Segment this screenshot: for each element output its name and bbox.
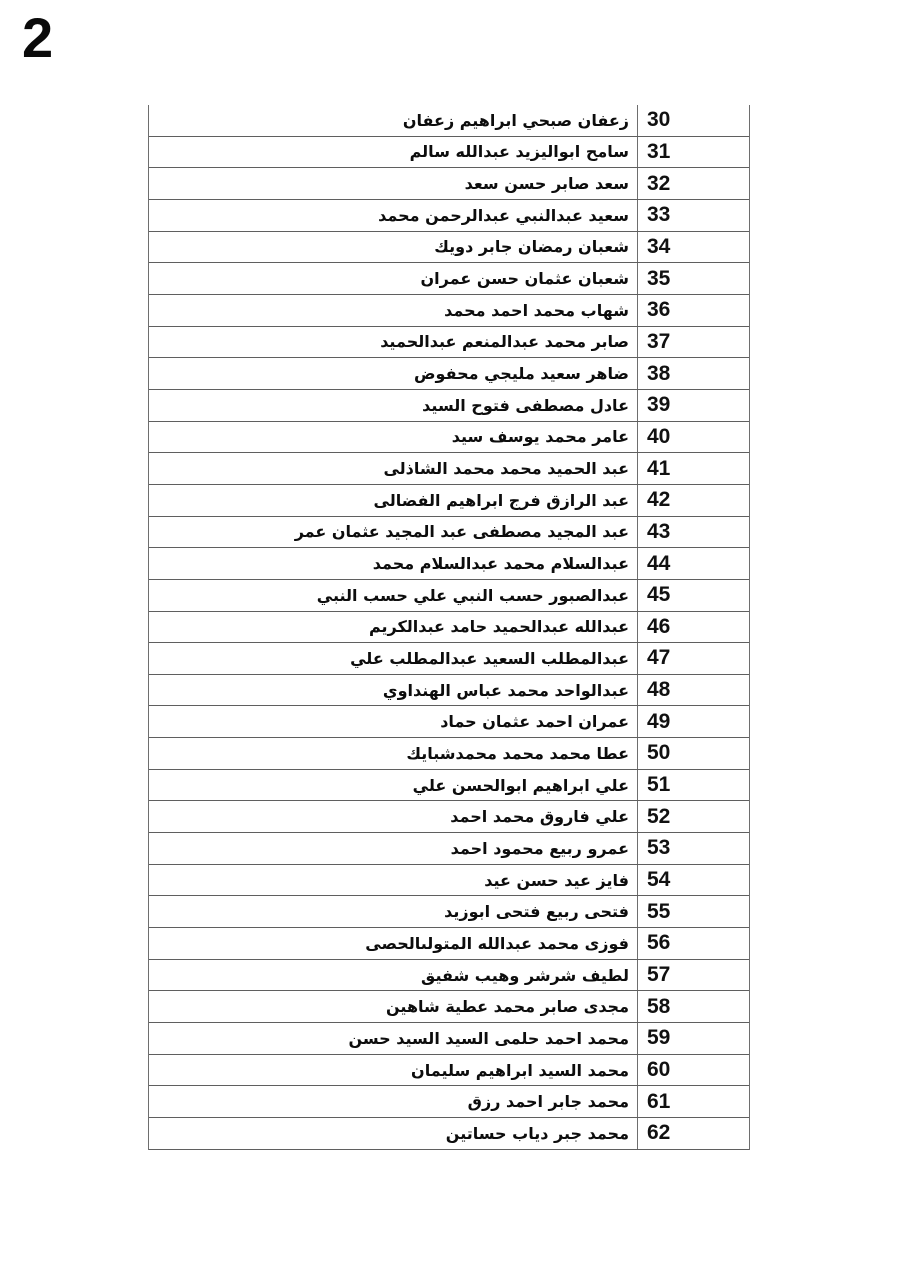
person-name-cell: عامر محمد يوسف سيد <box>149 422 637 453</box>
serial-number-cell: 37 <box>637 327 749 358</box>
table-row: سعد صابر حسن سعد 32 <box>149 168 749 200</box>
serial-number-cell: 47 <box>637 643 749 674</box>
serial-number-cell: 31 <box>637 137 749 168</box>
serial-number-cell: 39 <box>637 390 749 421</box>
person-name-cell: محمد السيد ابراهيم سليمان <box>149 1055 637 1086</box>
person-name-cell: سعد صابر حسن سعد <box>149 168 637 199</box>
person-name-cell: لطيف شرشر وهيب شفيق <box>149 960 637 991</box>
person-name-cell: عبدالسلام محمد عبدالسلام محمد <box>149 548 637 579</box>
serial-number-cell: 38 <box>637 358 749 389</box>
table-row: عبدالواحد محمد عباس الهنداوي 48 <box>149 675 749 707</box>
table-row: عبدالمطلب السعيد عبدالمطلب علي 47 <box>149 643 749 675</box>
person-name-cell: زعفان صبحي ابراهيم زعفان <box>149 105 637 136</box>
table-row: فايز عيد حسن عيد 54 <box>149 865 749 897</box>
table-row: زعفان صبحي ابراهيم زعفان 30 <box>149 105 749 137</box>
table-row: عبدالصبور حسب النبي علي حسب النبي 45 <box>149 580 749 612</box>
table-row: لطيف شرشر وهيب شفيق 57 <box>149 960 749 992</box>
table-row: عبدالله عبدالحميد حامد عبدالكريم 46 <box>149 612 749 644</box>
person-name-cell: علي ابراهيم ابوالحسن علي <box>149 770 637 801</box>
table-row: عبد الحميد محمد محمد الشاذلى 41 <box>149 453 749 485</box>
serial-number-cell: 35 <box>637 263 749 294</box>
table-row: محمد جابر احمد رزق 61 <box>149 1086 749 1118</box>
person-name-cell: محمد احمد حلمى السيد السيد حسن <box>149 1023 637 1054</box>
serial-number-cell: 34 <box>637 232 749 263</box>
person-name-cell: عادل مصطفى فتوح السيد <box>149 390 637 421</box>
table-row: شعبان عثمان حسن عمران 35 <box>149 263 749 295</box>
person-name-cell: فوزى محمد عبدالله المتولىالحصى <box>149 928 637 959</box>
table-row: علي ابراهيم ابوالحسن علي 51 <box>149 770 749 802</box>
table-row: عمرو ربيع محمود احمد 53 <box>149 833 749 865</box>
person-name-cell: محمد جبر دياب حساتين <box>149 1118 637 1149</box>
serial-number-cell: 33 <box>637 200 749 231</box>
table-row: عطا محمد محمد محمدشبايك 50 <box>149 738 749 770</box>
table-row: شعبان رمضان جابر دويك 34 <box>149 232 749 264</box>
table-row: عبد المجيد مصطفى عبد المجيد عثمان عمر 43 <box>149 517 749 549</box>
person-name-cell: عبدالمطلب السعيد عبدالمطلب علي <box>149 643 637 674</box>
names-roster-table: زعفان صبحي ابراهيم زعفان 30 سامح ابواليز… <box>148 105 750 1150</box>
person-name-cell: عبدالصبور حسب النبي علي حسب النبي <box>149 580 637 611</box>
person-name-cell: شهاب محمد احمد محمد <box>149 295 637 326</box>
table-row: مجدى صابر محمد عطية شاهين 58 <box>149 991 749 1023</box>
person-name-cell: عبد المجيد مصطفى عبد المجيد عثمان عمر <box>149 517 637 548</box>
serial-number-cell: 52 <box>637 801 749 832</box>
serial-number-cell: 56 <box>637 928 749 959</box>
person-name-cell: محمد جابر احمد رزق <box>149 1086 637 1117</box>
serial-number-cell: 61 <box>637 1086 749 1117</box>
serial-number-cell: 46 <box>637 612 749 643</box>
person-name-cell: فتحى ربيع فتحى ابوزيد <box>149 896 637 927</box>
person-name-cell: عمران احمد عثمان حماد <box>149 706 637 737</box>
serial-number-cell: 36 <box>637 295 749 326</box>
serial-number-cell: 49 <box>637 706 749 737</box>
table-row: صابر محمد عبدالمنعم عبدالحميد 37 <box>149 327 749 359</box>
serial-number-cell: 32 <box>637 168 749 199</box>
table-row: عادل مصطفى فتوح السيد 39 <box>149 390 749 422</box>
person-name-cell: علي فاروق محمد احمد <box>149 801 637 832</box>
person-name-cell: عبد الحميد محمد محمد الشاذلى <box>149 453 637 484</box>
serial-number-cell: 59 <box>637 1023 749 1054</box>
table-row: شهاب محمد احمد محمد 36 <box>149 295 749 327</box>
person-name-cell: سعيد عبدالنبي عبدالرحمن محمد <box>149 200 637 231</box>
serial-number-cell: 40 <box>637 422 749 453</box>
table-row: محمد احمد حلمى السيد السيد حسن 59 <box>149 1023 749 1055</box>
person-name-cell: مجدى صابر محمد عطية شاهين <box>149 991 637 1022</box>
person-name-cell: عبدالواحد محمد عباس الهنداوي <box>149 675 637 706</box>
person-name-cell: عمرو ربيع محمود احمد <box>149 833 637 864</box>
table-row: ضاهر سعيد مليجي محفوض 38 <box>149 358 749 390</box>
serial-number-cell: 50 <box>637 738 749 769</box>
table-row: سعيد عبدالنبي عبدالرحمن محمد 33 <box>149 200 749 232</box>
serial-number-cell: 53 <box>637 833 749 864</box>
serial-number-cell: 48 <box>637 675 749 706</box>
table-row: عمران احمد عثمان حماد 49 <box>149 706 749 738</box>
person-name-cell: عبدالله عبدالحميد حامد عبدالكريم <box>149 612 637 643</box>
serial-number-cell: 43 <box>637 517 749 548</box>
table-row: محمد جبر دياب حساتين 62 <box>149 1118 749 1150</box>
table-row: محمد السيد ابراهيم سليمان 60 <box>149 1055 749 1087</box>
table-row: علي فاروق محمد احمد 52 <box>149 801 749 833</box>
person-name-cell: فايز عيد حسن عيد <box>149 865 637 896</box>
person-name-cell: شعبان رمضان جابر دويك <box>149 232 637 263</box>
table-row: عامر محمد يوسف سيد 40 <box>149 422 749 454</box>
serial-number-cell: 42 <box>637 485 749 516</box>
table-row: عبد الرازق فرج ابراهيم الفضالى 42 <box>149 485 749 517</box>
serial-number-cell: 30 <box>637 105 749 136</box>
table-row: سامح ابواليزيد عبدالله سالم 31 <box>149 137 749 169</box>
serial-number-cell: 57 <box>637 960 749 991</box>
person-name-cell: شعبان عثمان حسن عمران <box>149 263 637 294</box>
serial-number-cell: 45 <box>637 580 749 611</box>
person-name-cell: ضاهر سعيد مليجي محفوض <box>149 358 637 389</box>
serial-number-cell: 44 <box>637 548 749 579</box>
serial-number-cell: 51 <box>637 770 749 801</box>
person-name-cell: عطا محمد محمد محمدشبايك <box>149 738 637 769</box>
serial-number-cell: 60 <box>637 1055 749 1086</box>
document-page: 2 زعفان صبحي ابراهيم زعفان 30 سامح ابوال… <box>0 0 905 1280</box>
serial-number-cell: 41 <box>637 453 749 484</box>
serial-number-cell: 62 <box>637 1118 749 1149</box>
person-name-cell: صابر محمد عبدالمنعم عبدالحميد <box>149 327 637 358</box>
table-row: فوزى محمد عبدالله المتولىالحصى 56 <box>149 928 749 960</box>
person-name-cell: عبد الرازق فرج ابراهيم الفضالى <box>149 485 637 516</box>
table-row: عبدالسلام محمد عبدالسلام محمد 44 <box>149 548 749 580</box>
page-number: 2 <box>22 10 53 66</box>
serial-number-cell: 55 <box>637 896 749 927</box>
person-name-cell: سامح ابواليزيد عبدالله سالم <box>149 137 637 168</box>
table-row: فتحى ربيع فتحى ابوزيد 55 <box>149 896 749 928</box>
serial-number-cell: 54 <box>637 865 749 896</box>
serial-number-cell: 58 <box>637 991 749 1022</box>
